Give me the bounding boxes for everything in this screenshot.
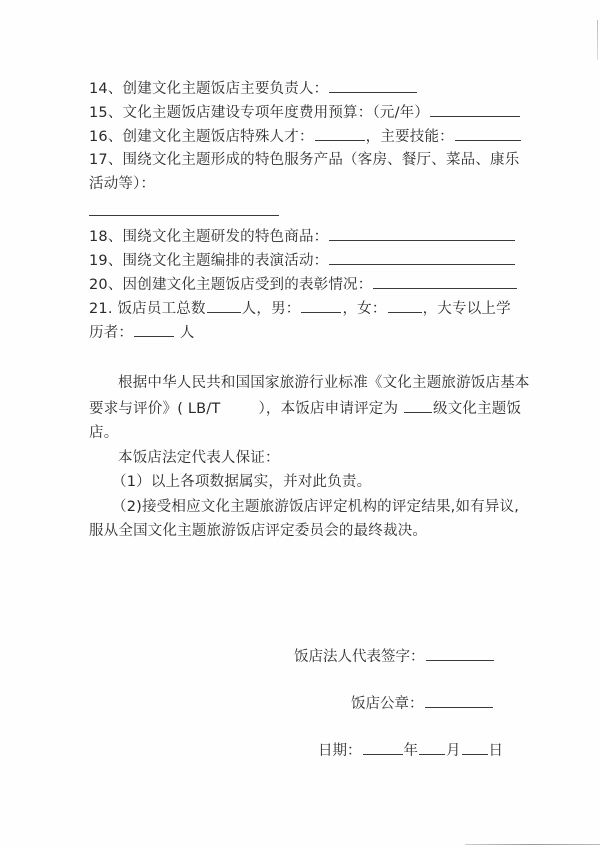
- form-item-21-cont: 历者： 人: [89, 322, 195, 343]
- form-item-16-label: 16、创建文化主题饭店特殊人才：: [89, 129, 314, 145]
- blank-field-month[interactable]: [419, 740, 445, 755]
- form-item-21-label-cont-a: 历者：: [89, 325, 133, 341]
- blank-field-male-count[interactable]: [301, 298, 341, 313]
- guarantee-title-text: 本饭店法定代表人保证：: [118, 450, 280, 466]
- form-item-21-label-a: 21. 饭店员工总数: [89, 301, 206, 317]
- blank-field-responsible-person[interactable]: [329, 78, 417, 93]
- declaration-line-2: 要求与评价》( LB/T），本饭店申请评定为 级文化主题饭: [89, 398, 521, 419]
- form-item-16-label2: ，主要技能：: [366, 129, 454, 145]
- declaration-line-1: 根据中华人民共和国国家旅游行业标准《文化主题旅游饭店基本: [118, 373, 530, 393]
- guarantee-item-2: （2)接受相应文化主题旅游饭店评定机构的评定结果,如有异议,: [112, 497, 519, 517]
- form-item-21-label-cont-b: 人: [180, 325, 195, 341]
- blank-field-legal-rep-signature[interactable]: [426, 646, 494, 661]
- declaration-text-2b: ），本饭店申请评定为: [258, 401, 398, 417]
- declaration-text-2c: 级文化主题饭: [433, 401, 521, 417]
- declaration-text-2a: 要求与评价》( LB/T: [89, 401, 220, 417]
- day-label: 日: [489, 743, 504, 759]
- form-item-17-label: 17、围绕文化主题形成的特色服务产品（客房、餐厅、菜品、康乐: [89, 152, 519, 168]
- guarantee-item-2-cont: 服从全国文化主题旅游饭店评定委员会的最终裁决。: [89, 521, 427, 541]
- form-item-15-label: 15、文化主题饭店建设专项年度费用预算：（元/年）: [89, 105, 429, 121]
- legal-rep-signature-label: 饭店法人代表签字：: [294, 649, 425, 665]
- guarantee-item-1: （1）以上各项数据属实，并对此负责。: [112, 472, 371, 492]
- form-item-14-label: 14、创建文化主题饭店主要负责人：: [89, 81, 328, 97]
- form-item-17-label-cont: 活动等）：: [89, 176, 155, 192]
- form-item-17: 17、围绕文化主题形成的特色服务产品（客房、餐厅、菜品、康乐: [89, 150, 519, 170]
- blank-field-annual-budget[interactable]: [430, 102, 520, 117]
- form-item-16: 16、创建文化主题饭店特殊人才：，主要技能：: [89, 126, 522, 147]
- blank-field-awards[interactable]: [373, 274, 517, 289]
- scan-edge-artifact-bottom: [465, 844, 600, 845]
- guarantee-item-1-text: （1）以上各项数据属实，并对此负责。: [112, 474, 371, 490]
- blank-field-featured-goods[interactable]: [329, 226, 515, 241]
- form-item-21-label-d: ，大专以上学: [423, 301, 511, 317]
- form-item-15: 15、文化主题饭店建设专项年度费用预算：（元/年）: [89, 102, 521, 123]
- legal-rep-signature: 饭店法人代表签字：: [294, 646, 495, 667]
- blank-field-performances[interactable]: [329, 250, 515, 265]
- form-item-21: 21. 饭店员工总数人，男：，女：，大专以上学: [89, 298, 511, 319]
- form-item-21-label-b: 人，男：: [242, 301, 301, 317]
- form-item-14: 14、创建文化主题饭店主要负责人：: [89, 78, 418, 99]
- document-page: 14、创建文化主题饭店主要负责人： 15、文化主题饭店建设专项年度费用预算：（元…: [0, 0, 600, 847]
- form-item-20: 20、因创建文化主题饭店受到的表彰情况：: [89, 274, 518, 295]
- declaration-text-3: 店。: [89, 425, 118, 441]
- blank-field-featured-services[interactable]: [89, 215, 279, 216]
- declaration-text-1: 根据中华人民共和国国家旅游行业标准《文化主题旅游饭店基本: [118, 375, 530, 391]
- year-label: 年: [404, 743, 419, 759]
- blank-field-hotel-seal[interactable]: [425, 693, 493, 708]
- form-item-18-label: 18、围绕文化主题研发的特色商品：: [89, 229, 328, 245]
- blank-field-grade[interactable]: [404, 398, 432, 413]
- form-item-20-label: 20、因创建文化主题饭店受到的表彰情况：: [89, 277, 372, 293]
- guarantee-title: 本饭店法定代表人保证：: [118, 448, 280, 468]
- form-item-21-label-c: ，女：: [342, 301, 386, 317]
- blank-field-special-talent[interactable]: [315, 126, 365, 141]
- hotel-seal-label: 饭店公章：: [351, 696, 424, 712]
- month-label: 月: [446, 743, 461, 759]
- scan-edge-artifact: [597, 20, 598, 60]
- blank-field-female-count[interactable]: [388, 298, 422, 313]
- blank-field-total-staff[interactable]: [207, 298, 241, 313]
- guarantee-item-2-text-cont: 服从全国文化主题旅游饭店评定委员会的最终裁决。: [89, 523, 427, 539]
- hotel-seal: 饭店公章：: [351, 693, 494, 714]
- form-item-17-cont: 活动等）：: [89, 174, 155, 194]
- guarantee-item-2-text: （2)接受相应文化主题旅游饭店评定机构的评定结果,如有异议,: [112, 499, 519, 515]
- blank-field-college-educated[interactable]: [134, 322, 174, 337]
- blank-field-year[interactable]: [363, 740, 403, 755]
- form-item-19: 19、围绕文化主题编排的表演活动：: [89, 250, 516, 271]
- date-label: 日期：: [318, 743, 362, 759]
- form-item-19-label: 19、围绕文化主题编排的表演活动：: [89, 253, 328, 269]
- blank-field-main-skills[interactable]: [455, 126, 521, 141]
- blank-field-day[interactable]: [462, 740, 488, 755]
- date-field: 日期：年月日: [318, 740, 503, 761]
- form-item-18: 18、围绕文化主题研发的特色商品：: [89, 226, 516, 247]
- declaration-line-3: 店。: [89, 423, 118, 443]
